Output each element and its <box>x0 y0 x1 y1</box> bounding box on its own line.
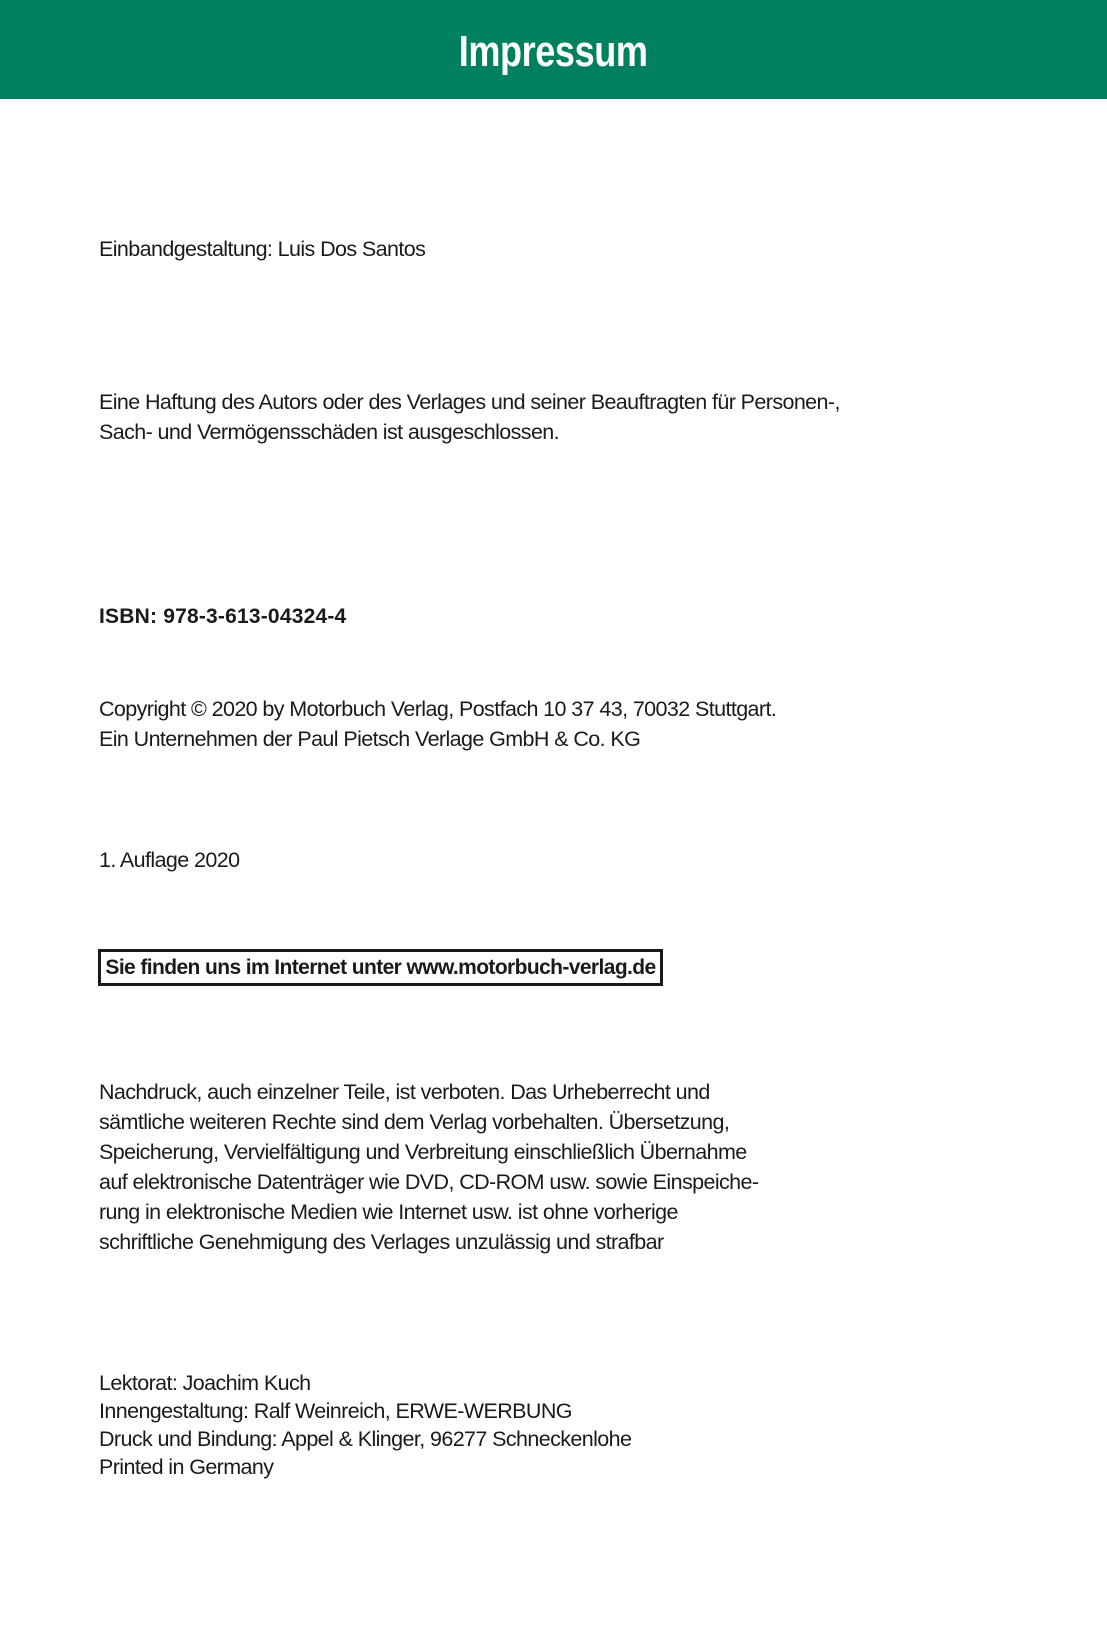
edition: 1. Auflage 2020 <box>99 845 239 875</box>
web-notice-box: Sie finden uns im Internet unter www.mot… <box>98 949 663 986</box>
credit-line: Innengestaltung: Ralf Weinreich, ERWE-WE… <box>99 1397 631 1425</box>
copyright-line: Copyright © 2020 by Motorbuch Verlag, Po… <box>99 694 776 724</box>
credit-line: Printed in Germany <box>99 1453 631 1481</box>
isbn-text: ISBN: 978-3-613-04324-4 <box>99 602 346 632</box>
rights-line: schriftliche Genehmigung des Verlages un… <box>99 1227 758 1257</box>
cover-design-text: Einbandgestaltung: Luis Dos Santos <box>99 234 425 264</box>
credit-line: Lektorat: Joachim Kuch <box>99 1369 631 1397</box>
rights-line: Speicherung, Vervielfältigung und Verbre… <box>99 1137 758 1167</box>
rights-line: Nachdruck, auch einzelner Teile, ist ver… <box>99 1077 758 1107</box>
edition-text: 1. Auflage 2020 <box>99 845 239 875</box>
liability-disclaimer: Eine Haftung des Autors oder des Verlage… <box>99 387 840 447</box>
rights-line: auf elektronische Datenträger wie DVD, C… <box>99 1167 758 1197</box>
production-credits: Lektorat: Joachim Kuch Innengestaltung: … <box>99 1369 631 1481</box>
liability-line: Sach- und Vermögensschäden ist ausgeschl… <box>99 417 840 447</box>
page-title: Impressum <box>459 27 648 77</box>
copyright-notice: Copyright © 2020 by Motorbuch Verlag, Po… <box>99 694 776 754</box>
rights-line: sämtliche weiteren Rechte sind dem Verla… <box>99 1107 758 1137</box>
web-notice-link[interactable]: Sie finden uns im Internet unter www.mot… <box>105 956 655 980</box>
isbn: ISBN: 978-3-613-04324-4 <box>99 602 346 632</box>
cover-design-credit: Einbandgestaltung: Luis Dos Santos <box>99 234 425 264</box>
rights-notice: Nachdruck, auch einzelner Teile, ist ver… <box>99 1077 758 1257</box>
rights-line: rung in elektronische Medien wie Interne… <box>99 1197 758 1227</box>
credit-line: Druck und Bindung: Appel & Klinger, 9627… <box>99 1425 631 1453</box>
liability-line: Eine Haftung des Autors oder des Verlage… <box>99 387 840 417</box>
page-header: Impressum <box>0 0 1107 99</box>
copyright-line: Ein Unternehmen der Paul Pietsch Verlage… <box>99 724 776 754</box>
